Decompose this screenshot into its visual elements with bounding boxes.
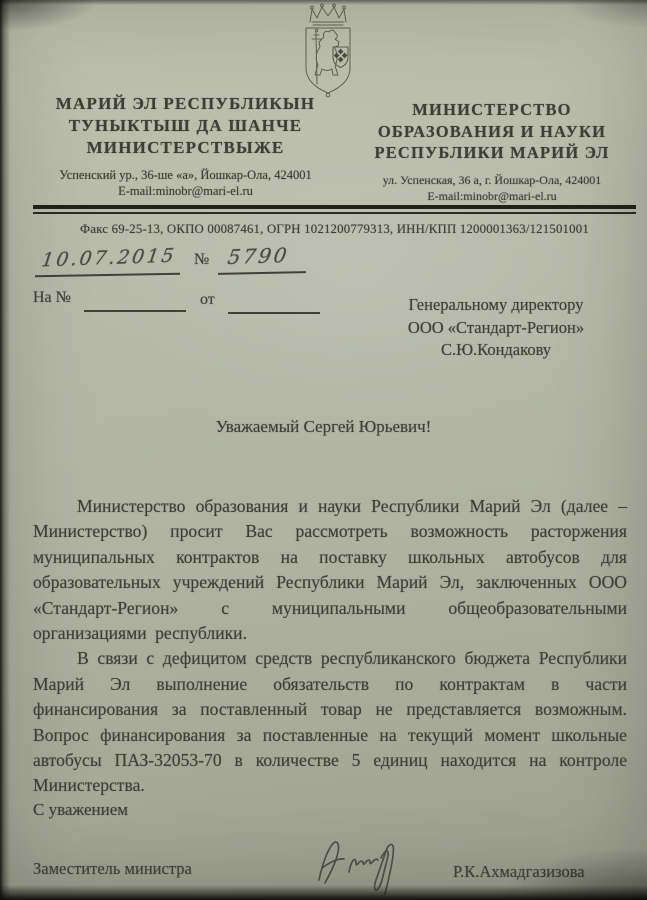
salutation: Уважаемый Сергей Юрьевич! — [0, 417, 647, 437]
ministry-title-mari: МАРИЙ ЭЛ РЕСПУБЛИКЫН ТУНЫКТЫШ ДА ШАНЧЕ М… — [28, 93, 343, 159]
from-date-label: от — [200, 291, 215, 309]
address-line: Успенский ур., 36-ше «а», Йошкар-Ола, 42… — [28, 167, 343, 183]
handwritten-signature — [305, 828, 425, 898]
reply-to-label: На № — [33, 289, 71, 307]
number-sign: № — [194, 251, 209, 269]
body-paragraph: Министерство образования и науки Республ… — [33, 494, 627, 646]
address-line: ул. Успенская, 36 а, г. Йошкар-Ола, 4240… — [348, 172, 636, 188]
addressee-line: Генеральному директору — [370, 294, 622, 317]
address-left: Успенский ур., 36-ше «а», Йошкар-Ола, 42… — [28, 167, 343, 199]
title-line: ОБРАЗОВАНИЯ И НАУКИ — [348, 121, 636, 143]
addressee-line: ООО «Стандарт-Регион» — [370, 317, 622, 340]
title-line: РЕСПУБЛИКИ МАРИЙ ЭЛ — [348, 142, 636, 164]
title-line: МИНИСТЕРСТВО — [348, 99, 636, 121]
handwritten-number: 5790 — [226, 243, 291, 269]
document-photo: МАРИЙ ЭЛ РЕСПУБЛИКЫН ТУНЫКТЫШ ДА ШАНЧЕ М… — [0, 0, 647, 900]
letterhead-divider — [33, 205, 636, 214]
email-line: E-mail:minobr@mari-el.ru — [28, 183, 343, 199]
closing-phrase: С уважением — [33, 800, 128, 820]
letterhead-right: МИНИСТЕРСТВО ОБРАЗОВАНИЯ И НАУКИ РЕСПУБЛ… — [348, 99, 636, 204]
letter-body: Министерство образования и науки Республ… — [33, 494, 627, 799]
title-line: ТУНЫКТЫШ ДА ШАНЧЕ — [28, 115, 343, 137]
coat-of-arms-icon — [283, 1, 373, 101]
letterhead-left: МАРИЙ ЭЛ РЕСПУБЛИКЫН ТУНЫКТЫШ ДА ШАНЧЕ М… — [28, 93, 343, 199]
addressee-block: Генеральному директору ООО «Стандарт-Рег… — [370, 294, 622, 362]
ministry-title-russian: МИНИСТЕРСТВО ОБРАЗОВАНИЯ И НАУКИ РЕСПУБЛ… — [348, 99, 636, 164]
from-date-underline — [228, 312, 320, 314]
signer-position: Заместитель министра — [33, 859, 192, 879]
requisites-line: Факс 69-25-13, ОКПО 00087461, ОГРН 10212… — [33, 222, 636, 237]
signer-name: Р.К.Ахмадгазизова — [453, 862, 585, 882]
date-underline — [35, 273, 180, 278]
number-underline — [218, 271, 306, 275]
handwritten-date: 10.07.2015 — [40, 245, 178, 272]
reply-number-underline — [84, 310, 186, 312]
addressee-line: С.Ю.Кондакову — [370, 339, 622, 362]
title-line: МИНИСТЕРСТВЫЖЕ — [28, 137, 343, 159]
body-paragraph: В связи с дефицитом средств республиканс… — [33, 646, 627, 798]
email-line: E-mail:minobr@mari-el.ru — [348, 188, 636, 204]
address-right: ул. Успенская, 36 а, г. Йошкар-Ола, 4240… — [348, 172, 636, 204]
title-line: МАРИЙ ЭЛ РЕСПУБЛИКЫН — [28, 93, 343, 115]
